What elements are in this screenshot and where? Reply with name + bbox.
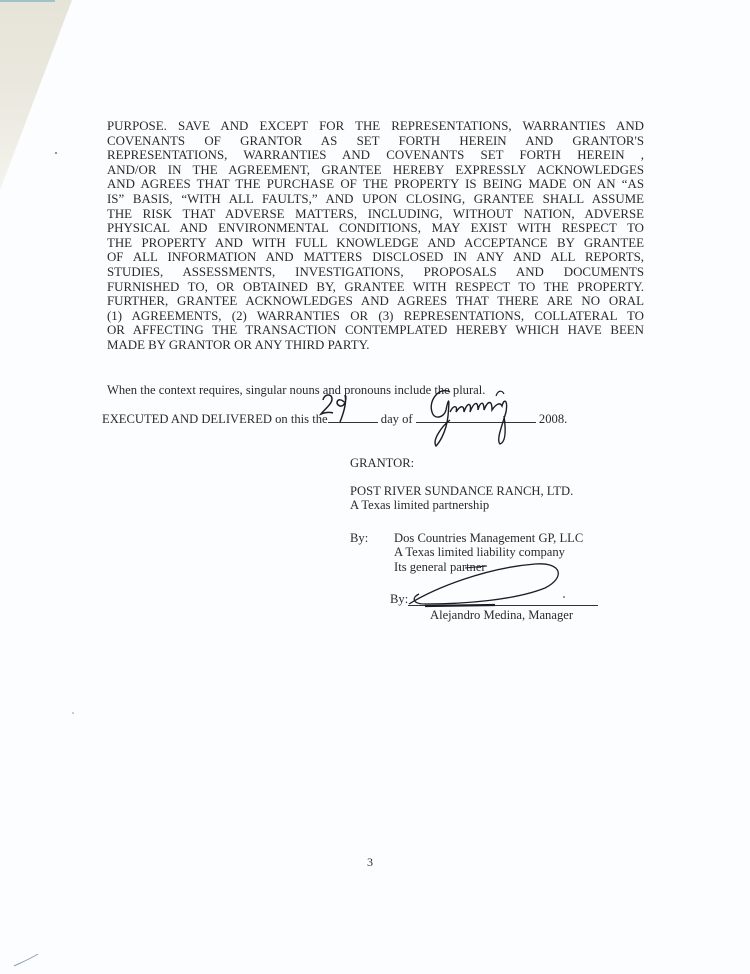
execution-year: 2008. — [539, 412, 567, 426]
disclaimer-paragraph: PURPOSE. SAVE AND EXCEPT FOR THE REPRESE… — [107, 119, 644, 353]
paragraph-line: THE RISK THAT ADVERSE MATTERS, INCLUDING… — [107, 207, 644, 222]
paragraph-line: IS” BASIS, “WITH ALL FAULTS,” AND UPON C… — [107, 192, 644, 207]
by-label: By: — [350, 531, 368, 545]
scan-mark — [10, 950, 40, 970]
handwritten-signature — [405, 560, 565, 610]
page-number: 3 — [367, 855, 373, 870]
handwritten-day — [318, 392, 358, 426]
scan-edge-line — [0, 0, 55, 2]
paragraph-line: FURNISHED TO, OR OBTAINED BY, GRANTEE WI… — [107, 280, 644, 295]
paragraph-line: REPRESENTATIONS, WARRANTIES AND COVENANT… — [107, 148, 644, 163]
scan-speck — [72, 712, 74, 714]
general-partner-name: Dos Countries Management GP, LLC — [394, 531, 583, 545]
paragraph-line: PURPOSE. SAVE AND EXCEPT FOR THE REPRESE… — [107, 119, 644, 134]
paragraph-line: STUDIES, ASSESSMENTS, INVESTIGATIONS, PR… — [107, 265, 644, 280]
signer-name: Alejandro Medina, Manager — [430, 608, 573, 623]
paragraph-line: COVENANTS OF GRANTOR AS SET FORTH HEREIN… — [107, 134, 644, 149]
paragraph-line: FURTHER, GRANTEE ACKNOWLEDGES AND AGREES… — [107, 294, 644, 309]
execution-middle: day of — [381, 412, 413, 426]
paragraph-line: PHYSICAL AND ENVIRONMENTAL CONDITIONS, M… — [107, 221, 644, 236]
grantor-entity: POST RIVER SUNDANCE RANCH, LTD. A Texas … — [350, 484, 573, 512]
paragraph-line: AND AGREES THAT THE PURCHASE OF THE PROP… — [107, 177, 644, 192]
grantor-label: GRANTOR: — [350, 456, 414, 471]
scan-speck — [55, 152, 57, 154]
paragraph-line: (1) AGREEMENTS, (2) WARRANTIES OR (3) RE… — [107, 309, 644, 324]
paragraph-line: MADE BY GRANTOR OR ANY THIRD PARTY. — [107, 338, 644, 353]
entity-type: A Texas limited partnership — [350, 498, 573, 512]
scan-edge-shadow — [0, 0, 80, 190]
execution-prefix: EXECUTED AND DELIVERED on this the — [102, 412, 328, 426]
paragraph-line: THE PROPERTY AND WITH FULL KNOWLEDGE AND… — [107, 236, 644, 251]
general-partner-type: A Texas limited liability company — [394, 545, 583, 559]
handwritten-month — [420, 386, 520, 450]
paragraph-line: OR AFFECTING THE TRANSACTION CONTEMPLATE… — [107, 323, 644, 338]
entity-name: POST RIVER SUNDANCE RANCH, LTD. — [350, 484, 573, 498]
paragraph-line: AND/OR IN THE AGREEMENT, GRANTEE HEREBY … — [107, 163, 644, 178]
ink-dot — [563, 596, 565, 598]
paragraph-line: OF ALL INFORMATION AND MATTERS DISCLOSED… — [107, 250, 644, 265]
